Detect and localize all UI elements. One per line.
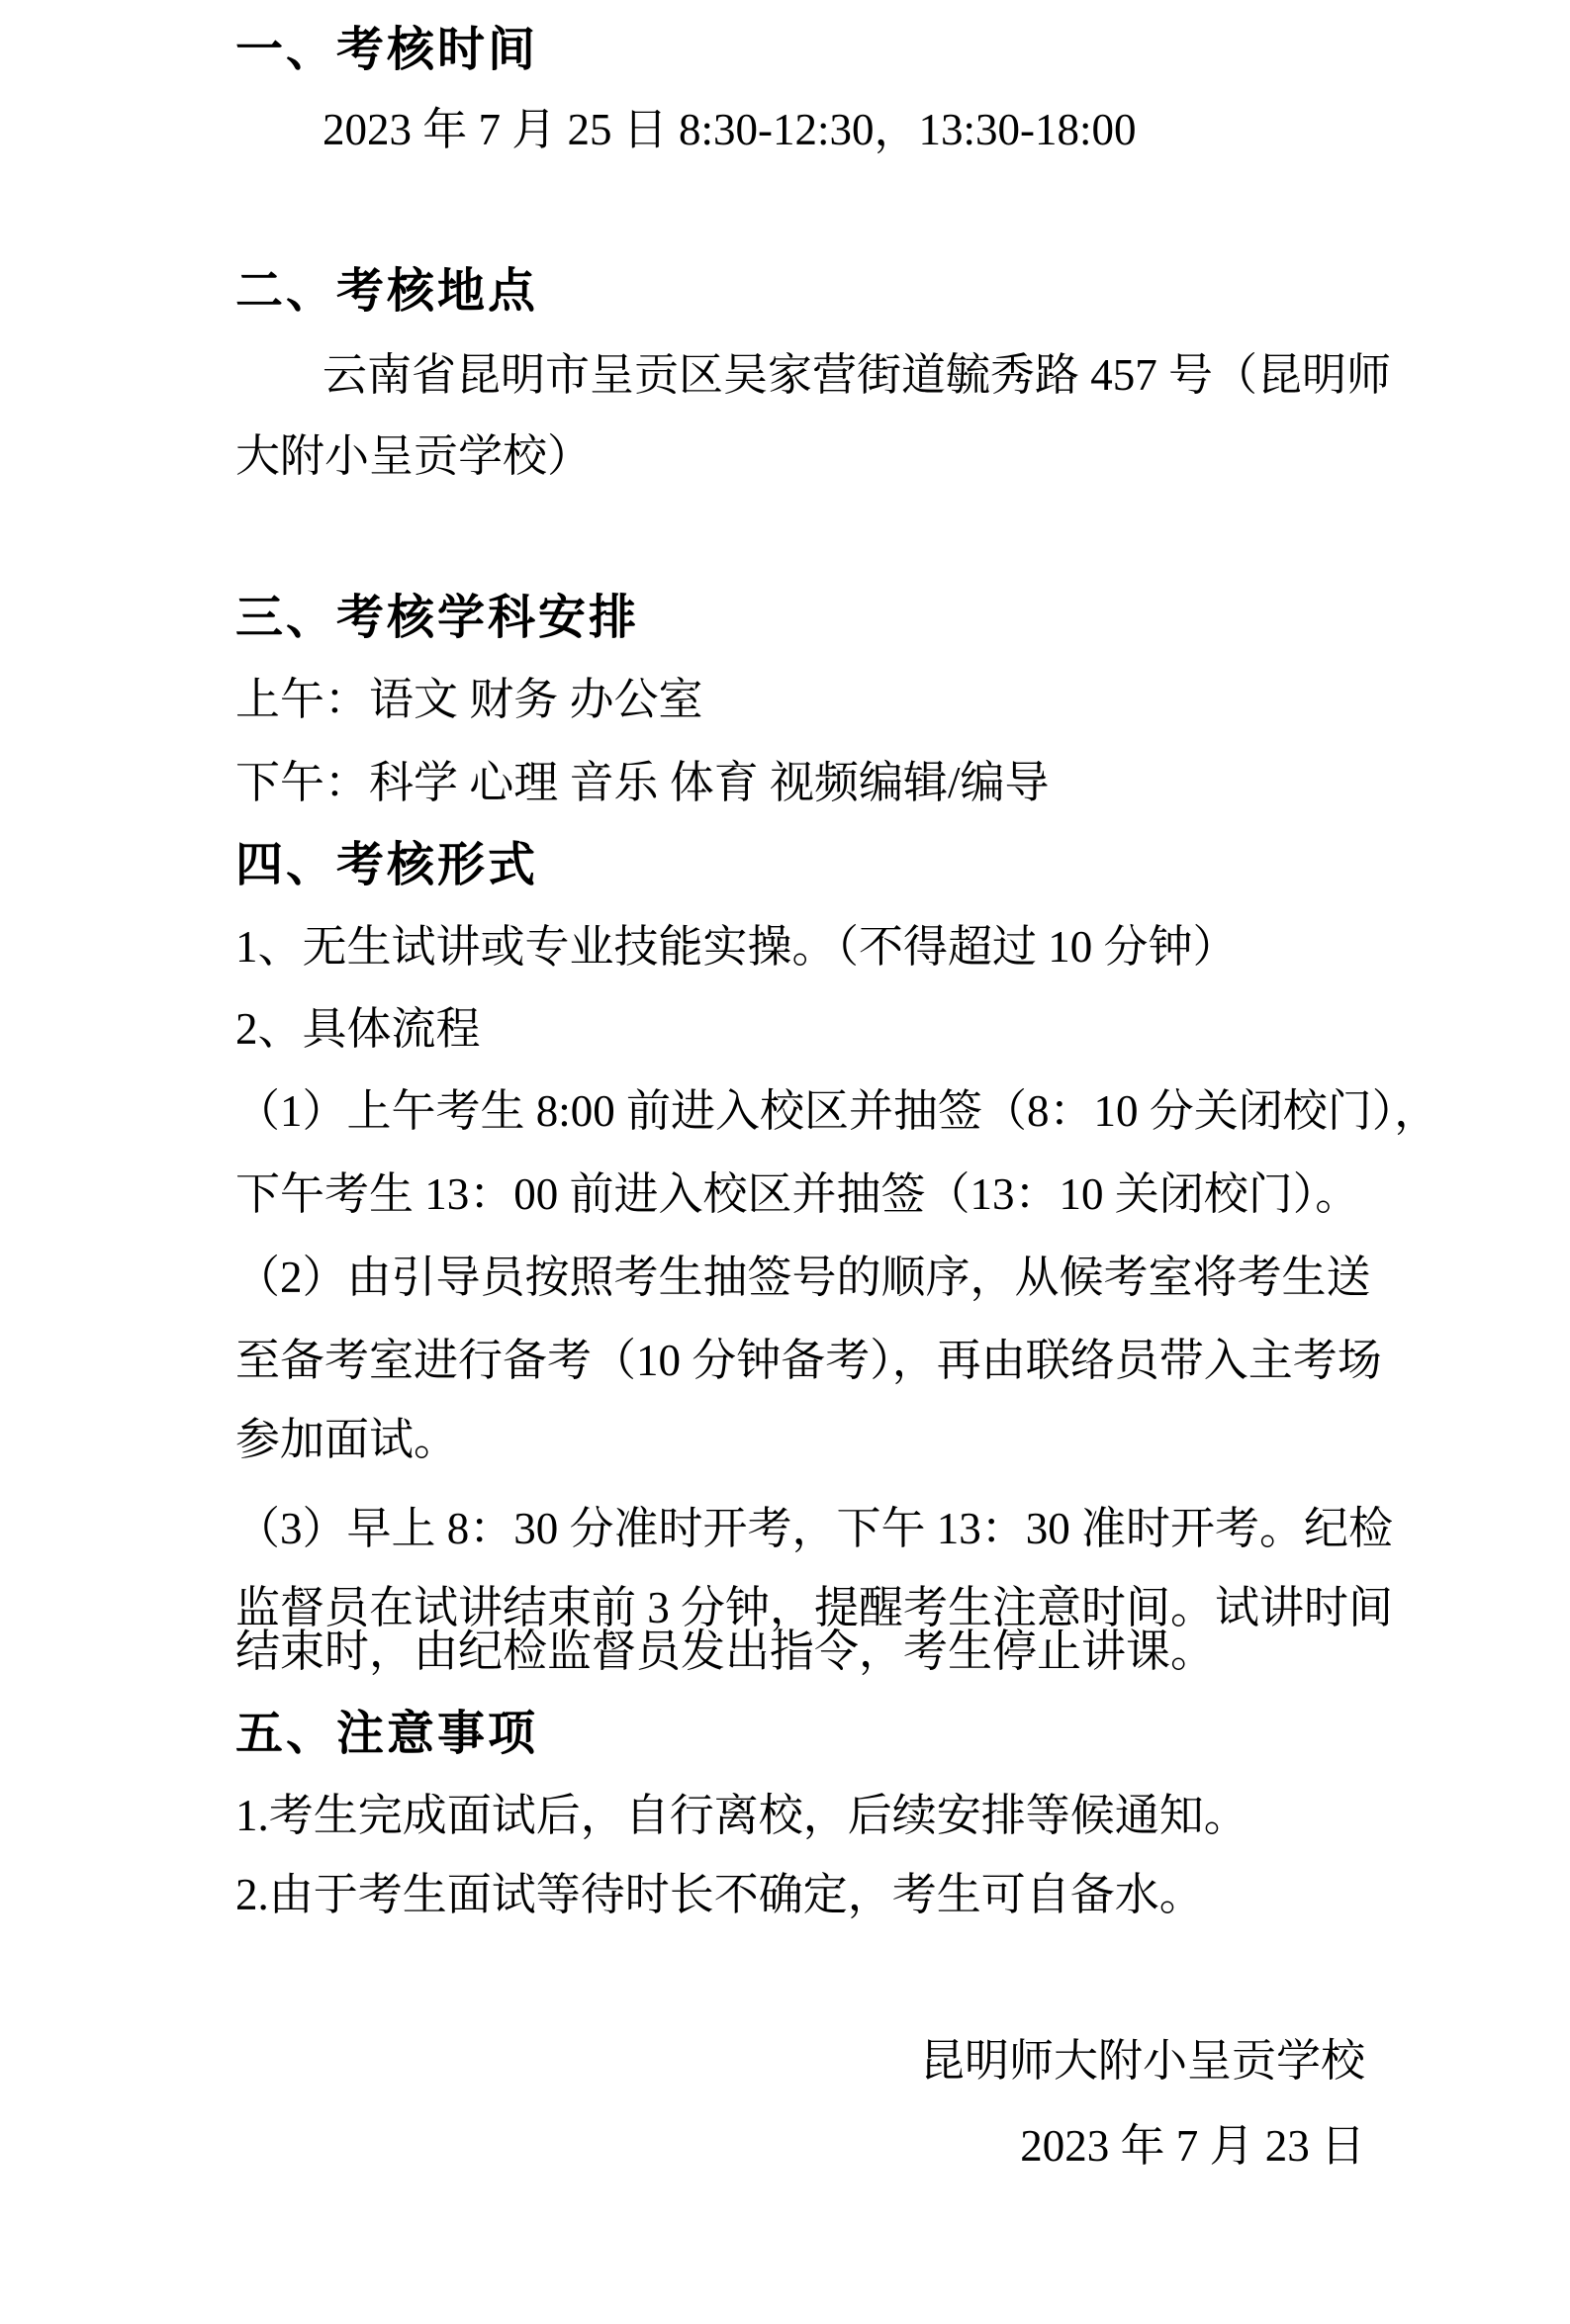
signature-date: 2023 年 7 月 23 日: [235, 2123, 1365, 2170]
procedure-2-line-3: 参加面试。: [235, 1417, 458, 1463]
heading-exam-format: 四、考核形式: [235, 841, 538, 890]
subject-schedule-morning: 上午：语文 财务 办公室: [235, 677, 703, 723]
note-1: 1.考生完成面试后，自行离校，后续安排等候通知。: [235, 1793, 1248, 1839]
signature-school: 昆明师大附小呈贡学校: [235, 2038, 1365, 2085]
exam-format-item-1: 1、无生试讲或专业技能实操。（不得超过 10 分钟）: [235, 924, 1238, 971]
exam-format-item-2: 2、具体流程: [235, 1006, 481, 1053]
procedure-1-line-1: （1）上午考生 8:00 前进入校区并抽签（8：10 分关闭校门），: [235, 1088, 1438, 1135]
procedure-1-line-2: 下午考生 13：00 前进入校区并抽签（13：10 关闭校门）。: [235, 1171, 1359, 1218]
heading-exam-location: 二、考核地点: [235, 267, 538, 317]
subject-schedule-afternoon: 下午：科学 心理 音乐 体育 视频编辑/编导: [235, 760, 1050, 806]
heading-subject-schedule: 三、考核学科安排: [235, 594, 639, 643]
heading-notes: 五、注意事项: [235, 1710, 538, 1759]
procedure-2-line-2: 至备考室进行备考（10 分钟备考），再由联络员带入主考场: [235, 1338, 1382, 1384]
note-2: 2.由于考生面试等待时长不确定，考生可自备水。: [235, 1872, 1204, 1918]
procedure-3-line-3: 结束时，由纪检监督员发出指令，考生停止讲课。: [235, 1628, 1215, 1675]
exam-time-value: 2023 年 7 月 25 日 8:30-12:30，13:30-18:00: [323, 107, 1136, 153]
heading-exam-time: 一、考核时间: [235, 26, 538, 75]
procedure-3-line-2: 监督员在试讲结束前 3 分钟，提醒考生注意时间。试讲时间: [235, 1585, 1393, 1631]
exam-location-line-2: 大附小呈贡学校）: [235, 433, 592, 480]
document-page: 一、考核时间 2023 年 7 月 25 日 8:30-12:30，13:30-…: [0, 0, 1570, 2324]
exam-location-line-1: 云南省昆明市呈贡区吴家营街道毓秀路 457 号（昆明师: [323, 352, 1391, 399]
procedure-2-line-1: （2）由引导员按照考生抽签号的顺序，从候考室将考生送: [235, 1255, 1371, 1301]
procedure-3-line-1: （3）早上 8：30 分准时开考，下午 13：30 准时开考。纪检: [235, 1506, 1393, 1552]
